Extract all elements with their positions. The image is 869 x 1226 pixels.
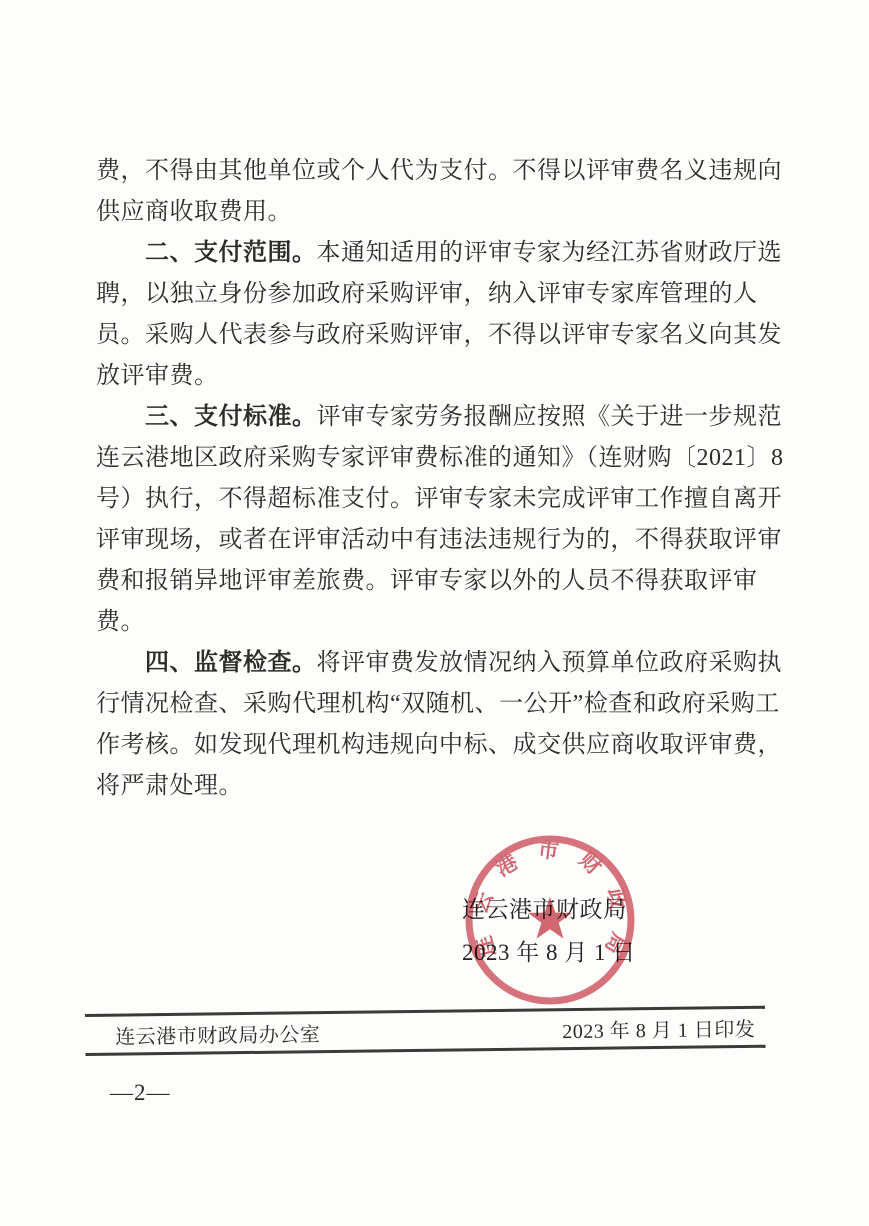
body-line: 供应商收取费用。 (96, 192, 788, 233)
signature-date: 2023 年 8 月 1 日 (462, 931, 636, 974)
section-heading: 四、监督检查。 (145, 650, 317, 676)
body-line: 费。 (96, 602, 788, 643)
document-body: 费，不得由其他单位或个人代为支付。不得以评审费名义违规向供应商收取费用。二、支付… (96, 151, 788, 807)
body-line: 连云港地区政府采购专家评审费标准的通知》（连财购〔2021〕8 (96, 438, 788, 479)
body-line: 将严肃处理。 (96, 766, 788, 807)
document-page: 费，不得由其他单位或个人代为支付。不得以评审费名义违规向供应商收取费用。二、支付… (0, 0, 869, 1226)
body-line: 四、监督检查。将评审费发放情况纳入预算单位政府采购执 (96, 643, 788, 684)
page-number: —2— (110, 1080, 171, 1106)
body-line: 行情况检查、采购代理机构“双随机、一公开”检查和政府采购工 (96, 684, 788, 725)
signature-block: 连云港市财政局 2023 年 8 月 1 日 (462, 888, 636, 974)
footer: 连云港市财政局办公室 2023 年 8 月 1 日印发 (85, 1006, 765, 1056)
body-line: 员。采购人代表参与政府采购评审，不得以评审专家名义向其发 (96, 315, 788, 356)
footer-issuing-office: 连云港市财政局办公室 (115, 1018, 320, 1050)
footer-print-date: 2023 年 8 月 1 日印发 (562, 1012, 755, 1043)
section-heading: 二、支付范围。 (145, 240, 317, 266)
body-line: 费，不得由其他单位或个人代为支付。不得以评审费名义违规向 (96, 151, 788, 192)
body-line: 放评审费。 (96, 356, 788, 397)
body-line: 二、支付范围。本通知适用的评审专家为经江苏省财政厅选 (96, 233, 788, 274)
body-line: 费和报销异地评审差旅费。评审专家以外的人员不得获取评审 (96, 561, 788, 602)
body-line: 号）执行，不得超标准支付。评审专家未完成评审工作擅自离开 (96, 479, 788, 520)
body-line: 三、支付标准。评审专家劳务报酬应按照《关于进一步规范 (96, 397, 788, 438)
signature-org: 连云港市财政局 (462, 888, 636, 931)
body-line: 评审现场，或者在评审活动中有违法违规行为的，不得获取评审 (96, 520, 788, 561)
body-line: 作考核。如发现代理机构违规向中标、成交供应商收取评审费， (96, 725, 788, 766)
body-line: 聘，以独立身份参加政府采购评审，纳入评审专家库管理的人 (96, 274, 788, 315)
section-heading: 三、支付标准。 (145, 404, 317, 430)
